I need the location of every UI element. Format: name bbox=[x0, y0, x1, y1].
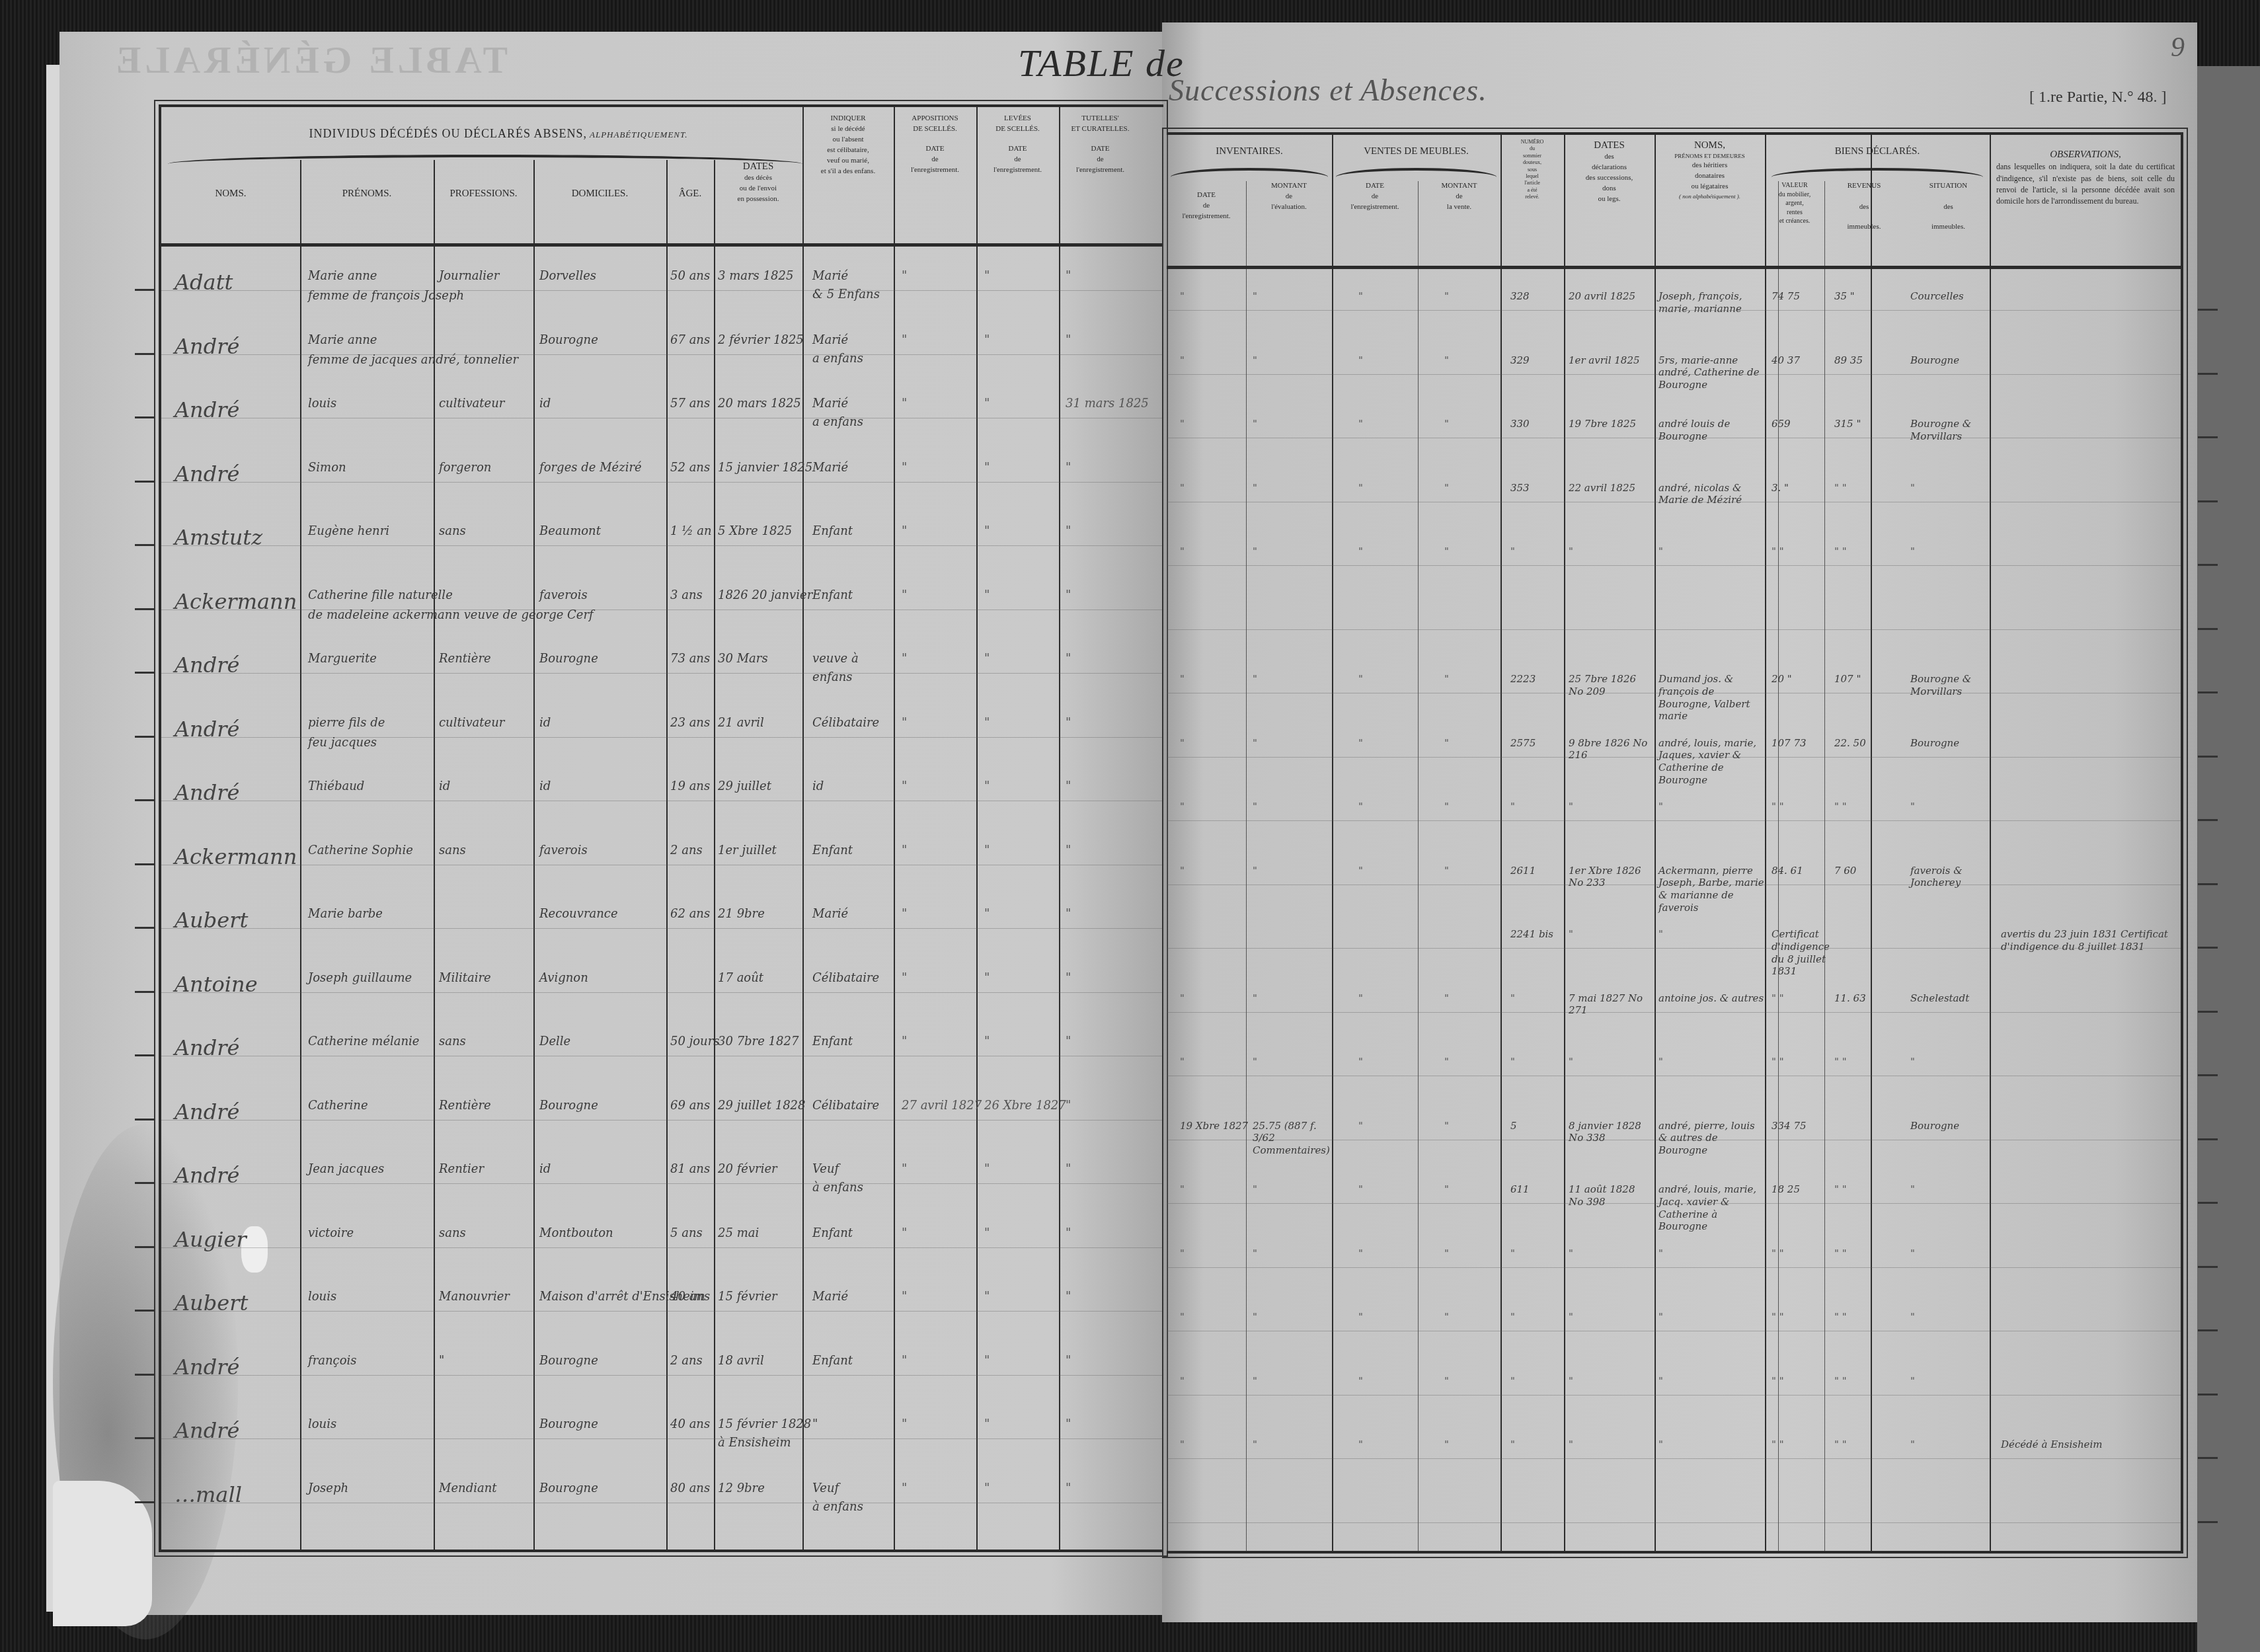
cell-age: 40 ans bbox=[670, 1417, 710, 1433]
cell-etat: id bbox=[812, 779, 824, 795]
margin-tick bbox=[135, 544, 155, 546]
col-header-levees: LEVÉES DE SCELLÉS. DATE de l'enregistrem… bbox=[976, 114, 1059, 176]
col-divider bbox=[1167, 135, 1167, 1551]
cell-domicile: Montbouton bbox=[539, 1226, 613, 1241]
cell-etat2: & 5 Enfans bbox=[812, 288, 880, 303]
cell-profession: Journalier bbox=[439, 269, 499, 284]
cell-inv-date: " bbox=[1180, 354, 1259, 367]
cell-decl-date: 1er avril 1825 bbox=[1569, 354, 1648, 367]
cell-date: 30 Mars bbox=[718, 652, 768, 667]
cell-tutelles: " bbox=[1066, 971, 1071, 986]
cell-inv-montant: " bbox=[1253, 1247, 1332, 1260]
cell-valeur: " " bbox=[1772, 1056, 1831, 1068]
cell-appositions: " bbox=[902, 461, 907, 476]
cell-appositions: " bbox=[902, 907, 907, 922]
cell-appositions: " bbox=[902, 652, 907, 667]
cell-nom: André bbox=[175, 333, 239, 360]
cell-etat: Marié bbox=[812, 907, 848, 922]
col-divider bbox=[1871, 135, 1872, 1551]
cell-appositions: " bbox=[902, 779, 907, 795]
cell-date: 21 avril bbox=[718, 716, 764, 731]
cell-decl-date: 25 7bre 1826 No 209 bbox=[1569, 673, 1648, 698]
cell-heritiers: andré, pierre, louis & autres de Bourogn… bbox=[1658, 1120, 1764, 1157]
cell-decl-date: 9 8bre 1826 No 216 bbox=[1569, 737, 1648, 762]
cell-appositions: " bbox=[902, 1290, 907, 1305]
cell-domicile: faverois bbox=[539, 844, 588, 859]
cell-domicile: Bourogne bbox=[539, 1417, 598, 1433]
cell-domicile: id bbox=[539, 1162, 551, 1177]
cell-inv-montant: 25.75 (887 f. 3/62 Commentaires) bbox=[1253, 1120, 1332, 1157]
cell-date: 3 mars 1825 bbox=[718, 269, 793, 284]
cell-etat: Enfant bbox=[812, 1354, 853, 1369]
cell-valeur: " " bbox=[1772, 1438, 1831, 1451]
cell-age: 69 ans bbox=[670, 1099, 710, 1114]
cell-etat: Enfant bbox=[812, 588, 853, 604]
cell-decl-date: " bbox=[1569, 1375, 1648, 1388]
cell-prenom: victoire bbox=[308, 1226, 354, 1241]
col-divider bbox=[434, 160, 435, 1550]
cell-revenus: " " bbox=[1834, 545, 1914, 558]
cell-etat: Marié bbox=[812, 333, 848, 348]
cell-etat: Veuf bbox=[812, 1481, 839, 1497]
header-rule bbox=[161, 243, 1163, 247]
col-divider bbox=[1765, 135, 1766, 1551]
group-header-ventes: VENTES DE MEUBLES. bbox=[1332, 144, 1500, 159]
cell-tutelles: " bbox=[1066, 844, 1071, 859]
ghost-header: TABLE GÉNÉRALE bbox=[112, 40, 508, 82]
cell-decl-date: " bbox=[1569, 1438, 1648, 1451]
cell-date: 30 7bre 1827 bbox=[718, 1035, 799, 1050]
cell-vente-date: " bbox=[1358, 1311, 1438, 1323]
cell-nom: …mall bbox=[175, 1481, 242, 1508]
cell-domicile: id bbox=[539, 716, 551, 731]
cell-date: 18 avril bbox=[718, 1354, 764, 1369]
cell-nom: Augier bbox=[175, 1226, 247, 1253]
cell-domicile: id bbox=[539, 779, 551, 795]
cell-inv-date: " bbox=[1180, 992, 1259, 1005]
cell-prenom: Catherine fille naturelle bbox=[308, 588, 440, 604]
cell-valeur: " " bbox=[1772, 1311, 1831, 1323]
margin-tick bbox=[135, 1119, 155, 1121]
col-divider bbox=[1990, 135, 1991, 1551]
cell-etat: Célibataire bbox=[812, 971, 879, 986]
cell-levees: " bbox=[984, 1481, 990, 1497]
cell-revenus: " " bbox=[1834, 1247, 1914, 1260]
cell-vente-date: " bbox=[1358, 418, 1438, 430]
cell-situation: Bourogne bbox=[1910, 1120, 1990, 1132]
col-divider bbox=[1655, 135, 1656, 1551]
cell-domicile: Recouvrance bbox=[539, 907, 618, 922]
row-rule bbox=[1167, 565, 2181, 566]
row-rule bbox=[161, 1120, 1163, 1121]
margin-tick bbox=[135, 1182, 155, 1184]
cell-domicile: Avignon bbox=[539, 971, 588, 986]
header-brace bbox=[1336, 168, 1497, 177]
margin-tick bbox=[135, 1374, 155, 1376]
cell-age: 50 ans bbox=[670, 269, 710, 284]
cell-profession: sans bbox=[439, 1035, 466, 1050]
cell-age: 52 ans bbox=[670, 461, 710, 476]
cell-revenus: 107 " bbox=[1834, 673, 1914, 686]
cell-appositions: " bbox=[902, 524, 907, 539]
cell-heritiers: " bbox=[1658, 801, 1764, 813]
row-rule bbox=[1167, 1076, 2181, 1076]
cell-date: 15 février 1828 bbox=[718, 1417, 811, 1433]
cell-levees: " bbox=[984, 588, 990, 604]
cell-nom: André bbox=[175, 779, 239, 806]
col-divider bbox=[1500, 135, 1502, 1551]
cell-profession: " bbox=[439, 1354, 444, 1369]
margin-tick bbox=[135, 481, 155, 483]
cell-age: 1 ½ an bbox=[670, 524, 712, 539]
cell-situation: Courcelles bbox=[1910, 290, 1990, 303]
cell-decl-date: 7 mai 1827 No 271 bbox=[1569, 992, 1648, 1017]
cell-appositions: " bbox=[902, 1417, 907, 1433]
cell-nom: André bbox=[175, 1099, 239, 1125]
group-header-inventaires: INVENTAIRES. bbox=[1167, 144, 1332, 159]
cell-domicile: Dorvelles bbox=[539, 269, 596, 284]
cell-tutelles: " bbox=[1066, 907, 1071, 922]
cell-prenom: louis bbox=[308, 1417, 336, 1433]
cell-vente-date: " bbox=[1358, 673, 1438, 686]
cell-appositions: " bbox=[902, 716, 907, 731]
cell-inv-date: " bbox=[1180, 801, 1259, 813]
margin-tick bbox=[2198, 436, 2218, 438]
col-divider bbox=[300, 160, 301, 1550]
cell-prenom: Thiébaud bbox=[308, 779, 364, 795]
cell-inv-montant: " bbox=[1253, 1375, 1332, 1388]
cell-inv-montant: " bbox=[1253, 865, 1332, 877]
row-rule bbox=[1167, 1458, 2181, 1459]
cell-age: 81 ans bbox=[670, 1162, 710, 1177]
cell-etat: Enfant bbox=[812, 1035, 853, 1050]
cell-levees: " bbox=[984, 524, 990, 539]
cell-vente-date: " bbox=[1358, 1120, 1438, 1132]
cell-nom: André bbox=[175, 1035, 239, 1061]
cell-tutelles: " bbox=[1066, 588, 1071, 604]
margin-tick bbox=[2198, 1329, 2218, 1331]
col-divider bbox=[1059, 107, 1060, 1550]
cell-profession: forgeron bbox=[439, 461, 491, 476]
cell-levees: " bbox=[984, 1417, 990, 1433]
cell-date: 1er juillet bbox=[718, 844, 777, 859]
cell-age: 67 ans bbox=[670, 333, 710, 348]
cell-revenus: 11. 63 bbox=[1834, 992, 1914, 1005]
cell-profession: cultivateur bbox=[439, 716, 504, 731]
cell-situation: " bbox=[1910, 482, 1990, 494]
cell-inv-date: " bbox=[1180, 545, 1259, 558]
cell-age: 50 jours bbox=[670, 1035, 719, 1050]
margin-tick bbox=[135, 1054, 155, 1056]
cell-nom: Ackermann bbox=[175, 588, 297, 615]
cell-profession: Militaire bbox=[439, 971, 491, 986]
margin-tick bbox=[135, 1310, 155, 1312]
row-rule bbox=[1167, 629, 2181, 630]
cell-inv-montant: " bbox=[1253, 290, 1332, 303]
cell-age: 57 ans bbox=[670, 397, 710, 412]
cell-heritiers: " bbox=[1658, 545, 1764, 558]
cell-domicile: id bbox=[539, 397, 551, 412]
cell-vente-date: " bbox=[1358, 1056, 1438, 1068]
row-rule bbox=[161, 673, 1163, 674]
margin-tick bbox=[135, 1437, 155, 1439]
cell-tutelles: " bbox=[1066, 1290, 1071, 1305]
cell-tutelles: " bbox=[1066, 1354, 1071, 1369]
cell-nom: Aubert bbox=[175, 1290, 248, 1316]
cell-domicile: Maison d'arrêt d'Ensisheim bbox=[539, 1290, 672, 1305]
cell-heritiers: andré louis de Bourogne bbox=[1658, 418, 1764, 443]
cell-tutelles: " bbox=[1066, 269, 1071, 284]
cell-heritiers: " bbox=[1658, 1438, 1764, 1451]
cell-tutelles: " bbox=[1066, 1417, 1071, 1433]
cell-domicile: Bourogne bbox=[539, 652, 598, 667]
cell-inv-montant: " bbox=[1253, 801, 1332, 813]
cell-heritiers: " bbox=[1658, 1247, 1764, 1260]
margin-tick bbox=[135, 672, 155, 674]
cell-etat2: a enfans bbox=[812, 415, 863, 430]
cell-etat: veuve à bbox=[812, 652, 859, 667]
cell-valeur: " " bbox=[1772, 545, 1831, 558]
cell-inv-date: " bbox=[1180, 865, 1259, 877]
margin-tick bbox=[2198, 1202, 2218, 1204]
cell-date: 29 juillet 1828 bbox=[718, 1099, 806, 1114]
row-rule bbox=[161, 418, 1163, 418]
row-rule bbox=[161, 801, 1163, 801]
cell-revenus: " " bbox=[1834, 1375, 1914, 1388]
cell-etat: Enfant bbox=[812, 844, 853, 859]
cell-situation: Bourogne bbox=[1910, 354, 1990, 367]
col-header-age: ÂGE. bbox=[666, 186, 714, 201]
cell-decl-date: " bbox=[1569, 545, 1648, 558]
cell-prenom: Joseph guillaume bbox=[308, 971, 412, 986]
cell-heritiers: " bbox=[1658, 1375, 1764, 1388]
cell-date2: à Ensisheim bbox=[718, 1436, 791, 1451]
margin-tick bbox=[2198, 691, 2218, 693]
cell-revenus: 35 " bbox=[1834, 290, 1914, 303]
col-divider bbox=[714, 160, 715, 1550]
cell-date: 15 février bbox=[718, 1290, 777, 1305]
cell-appositions: " bbox=[902, 971, 907, 986]
cell-appositions: " bbox=[902, 1354, 907, 1369]
cell-date: 25 mai bbox=[718, 1226, 759, 1241]
group-header-individus: INDIVIDUS DÉCÉDÉS OU DÉCLARÉS ABSENS, AL… bbox=[175, 126, 822, 142]
cell-appositions: " bbox=[902, 1035, 907, 1050]
cell-inv-montant: " bbox=[1253, 1311, 1332, 1323]
cell-decl-date: 19 7bre 1825 bbox=[1569, 418, 1648, 430]
row-rule bbox=[1167, 1012, 2181, 1013]
cell-prenom: Catherine bbox=[308, 1099, 368, 1114]
margin-tick bbox=[2198, 819, 2218, 821]
row-rule bbox=[161, 1503, 1163, 1503]
cell-appositions: " bbox=[902, 333, 907, 348]
margin-tick bbox=[135, 799, 155, 801]
cell-decl-date: " bbox=[1569, 1247, 1648, 1260]
cell-prenom: Joseph bbox=[308, 1481, 348, 1497]
cell-nom: André bbox=[175, 461, 239, 487]
col-header-indiquer: INDIQUER si le décédé ou l'absent est cé… bbox=[802, 114, 894, 177]
cell-etat: Enfant bbox=[812, 524, 853, 539]
cell-valeur: " " bbox=[1772, 1375, 1831, 1388]
cell-domicile: Bourogne bbox=[539, 1354, 598, 1369]
cell-etat2: a enfans bbox=[812, 352, 863, 367]
cell-situation: Bourogne bbox=[1910, 737, 1990, 750]
cell-age: 2 ans bbox=[670, 1354, 703, 1369]
col-header-vente-montant: MONTANTdela vente. bbox=[1418, 181, 1500, 213]
cell-inv-date: " bbox=[1180, 673, 1259, 686]
cell-revenus: 89 35 bbox=[1834, 354, 1914, 367]
cell-inv-date: 19 Xbre 1827 bbox=[1180, 1120, 1259, 1132]
row-rule bbox=[161, 482, 1163, 483]
margin-tick bbox=[2198, 564, 2218, 566]
cell-etat: " bbox=[812, 1417, 818, 1433]
cell-tutelles: " bbox=[1066, 1226, 1071, 1241]
cell-nom: Amstutz bbox=[175, 524, 262, 551]
header-brace bbox=[168, 155, 802, 164]
cell-vente-date: " bbox=[1358, 354, 1438, 367]
margin-tick bbox=[135, 1246, 155, 1248]
cell-etat: Marié bbox=[812, 1290, 848, 1305]
cell-domicile: Bourogne bbox=[539, 333, 598, 348]
cell-valeur: " " bbox=[1772, 992, 1831, 1005]
cell-inv-montant: " bbox=[1253, 1183, 1332, 1196]
cell-appositions: " bbox=[902, 1162, 907, 1177]
cell-valeur: 3. " bbox=[1772, 482, 1831, 494]
cell-nom: André bbox=[175, 397, 239, 423]
cell-inv-montant: " bbox=[1253, 1438, 1332, 1451]
row-rule bbox=[1167, 1395, 2181, 1396]
cell-revenus: 315 " bbox=[1834, 418, 1914, 430]
cell-profession: Rentière bbox=[439, 1099, 491, 1114]
cell-prenom2: femme de jacques andré, tonnelier bbox=[308, 353, 440, 368]
cell-valeur: " " bbox=[1772, 1247, 1831, 1260]
cell-situation: " bbox=[1910, 1375, 1990, 1388]
cell-levees: " bbox=[984, 1162, 990, 1177]
cell-profession: Mendiant bbox=[439, 1481, 497, 1497]
cell-domicile: Bourogne bbox=[539, 1099, 598, 1114]
cell-domicile: faverois bbox=[539, 588, 588, 604]
cell-levees: " bbox=[984, 716, 990, 731]
margin-tick bbox=[2198, 756, 2218, 758]
cell-appositions: 27 avril 1827 bbox=[902, 1099, 982, 1114]
cell-vente-date: " bbox=[1358, 801, 1438, 813]
cell-levees: " bbox=[984, 1354, 990, 1369]
col-header-heritiers: NOMS, PRÉNOMS ET DEMEURES des héritiersd… bbox=[1655, 139, 1765, 201]
cell-etat2: enfans bbox=[812, 670, 852, 686]
cell-valeur: 107 73 bbox=[1772, 737, 1831, 750]
cell-decl-date: 20 avril 1825 bbox=[1569, 290, 1648, 303]
cell-inv-montant: " bbox=[1253, 673, 1332, 686]
cell-tutelles: " bbox=[1066, 652, 1071, 667]
cell-observations: Décédé à Ensisheim bbox=[2001, 1438, 2173, 1451]
cell-revenus: " " bbox=[1834, 1438, 1914, 1451]
cell-levees: " bbox=[984, 971, 990, 986]
cell-prenom: Marie anne bbox=[308, 333, 377, 348]
cell-decl-date: 11 août 1828 No 398 bbox=[1569, 1183, 1648, 1208]
cell-appositions: " bbox=[902, 269, 907, 284]
col-header-inv-montant: MONTANTdel'évaluation. bbox=[1246, 181, 1332, 213]
cell-revenus: 22. 50 bbox=[1834, 737, 1914, 750]
cell-inv-date: " bbox=[1180, 290, 1259, 303]
cell-age: 80 ans bbox=[670, 1481, 710, 1497]
margin-tick bbox=[135, 353, 155, 355]
cell-etat2: à enfans bbox=[812, 1181, 863, 1196]
cell-etat2: à enfans bbox=[812, 1500, 863, 1515]
title-prefix: TABLE de bbox=[1018, 41, 1185, 85]
cell-prenom: Catherine Sophie bbox=[308, 844, 413, 859]
margin-tick bbox=[135, 1501, 155, 1503]
cell-prenom: louis bbox=[308, 397, 336, 412]
cell-decl-date: 8 janvier 1828 No 338 bbox=[1569, 1120, 1648, 1145]
cell-decl-date: " bbox=[1569, 1056, 1648, 1068]
cell-tutelles: " bbox=[1066, 1099, 1071, 1114]
cell-revenus: " " bbox=[1834, 1183, 1914, 1196]
header-rule bbox=[1167, 266, 2181, 269]
cell-age: 73 ans bbox=[670, 652, 710, 667]
row-rule bbox=[161, 992, 1163, 993]
cell-valeur: 659 bbox=[1772, 418, 1831, 430]
cell-profession: sans bbox=[439, 524, 466, 539]
cell-tutelles: " bbox=[1066, 524, 1071, 539]
cell-vente-date: " bbox=[1358, 1438, 1438, 1451]
cell-age: 23 ans bbox=[670, 716, 710, 731]
col-header-dates: DATES des décès ou de l'envoi en possess… bbox=[714, 160, 802, 205]
cell-levees: " bbox=[984, 652, 990, 667]
cell-profession: cultivateur bbox=[439, 397, 504, 412]
cell-etat: Enfant bbox=[812, 1226, 853, 1241]
cell-tutelles: " bbox=[1066, 333, 1071, 348]
row-rule bbox=[1167, 1522, 2181, 1523]
cell-valeur: 84. 61 bbox=[1772, 865, 1831, 877]
cell-domicile: Delle bbox=[539, 1035, 570, 1050]
cell-inv-date: " bbox=[1180, 1311, 1259, 1323]
cell-situation: Bourogne & Morvillars bbox=[1910, 673, 1990, 698]
col-header-vente-date: DATEdel'enregistrement. bbox=[1332, 181, 1418, 213]
cell-heritiers: Ackermann, pierre Joseph, Barbe, marie &… bbox=[1658, 865, 1764, 914]
row-rule bbox=[1167, 1331, 2181, 1331]
margin-tick bbox=[135, 289, 155, 291]
col-header-revenus: REVENUSdesimmeubles. bbox=[1824, 181, 1904, 233]
margin-tick bbox=[2198, 1521, 2218, 1523]
margin-tick bbox=[2198, 947, 2218, 949]
cell-vente-date: " bbox=[1358, 865, 1438, 877]
col-divider bbox=[1332, 135, 1333, 1551]
cell-date: 17 août bbox=[718, 971, 763, 986]
cell-observations: avertis du 23 juin 1831 Certificat d'ind… bbox=[2001, 928, 2173, 953]
margin-tick bbox=[2198, 1011, 2218, 1013]
cell-prenom: pierre fils de bbox=[308, 716, 385, 731]
cell-date: 20 février bbox=[718, 1162, 777, 1177]
cell-levees: " bbox=[984, 907, 990, 922]
cell-tutelles: " bbox=[1066, 779, 1071, 795]
cell-nom: André bbox=[175, 1417, 239, 1444]
margin-tick bbox=[2198, 1457, 2218, 1459]
cell-appositions: " bbox=[902, 1226, 907, 1241]
cell-inv-montant: " bbox=[1253, 1056, 1332, 1068]
row-rule bbox=[1167, 1267, 2181, 1268]
cell-nom: André bbox=[175, 1354, 239, 1380]
row-rule bbox=[161, 1183, 1163, 1184]
cell-heritiers: Dumand jos. & françois de Bourogne, Valb… bbox=[1658, 673, 1764, 723]
cell-decl-date: 22 avril 1825 bbox=[1569, 482, 1648, 494]
margin-tick bbox=[2198, 1266, 2218, 1268]
cell-decl-date: " bbox=[1569, 1311, 1648, 1323]
cell-revenus: 7 60 bbox=[1834, 865, 1914, 877]
left-register-table: INDIVIDUS DÉCÉDÉS OU DÉCLARÉS ABSENS, AL… bbox=[159, 104, 1163, 1552]
cell-date: 12 9bre bbox=[718, 1481, 765, 1497]
cell-valeur: " " bbox=[1772, 801, 1831, 813]
cell-inv-date: " bbox=[1180, 1247, 1259, 1260]
margin-tick bbox=[2198, 1138, 2218, 1140]
